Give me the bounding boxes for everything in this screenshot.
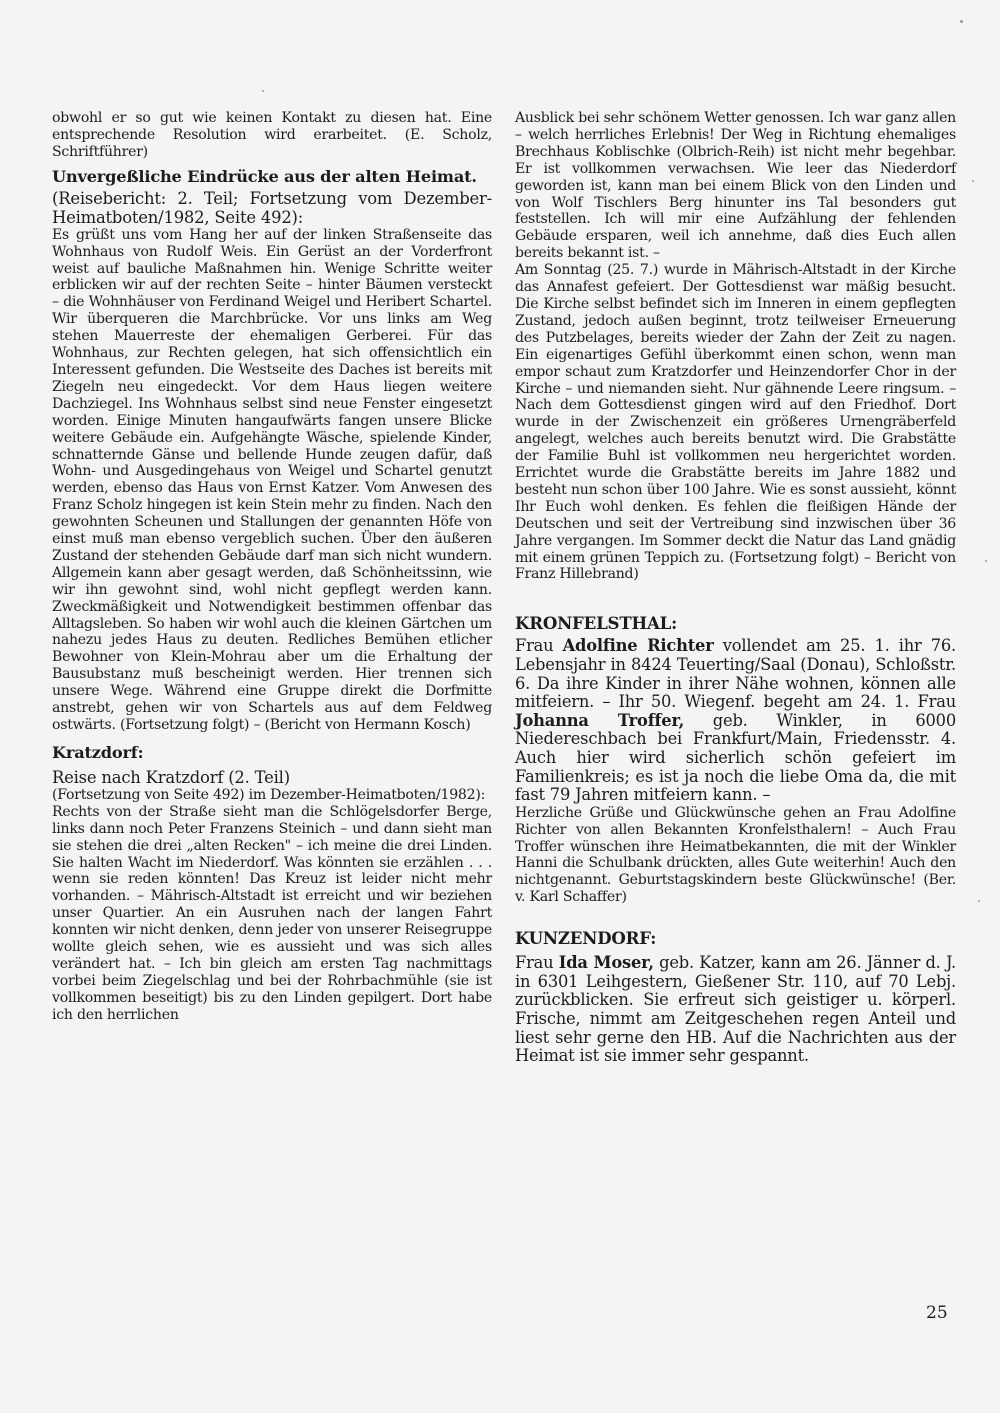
section-title-kronfelsthal: KRONFELSTHAL: (515, 613, 956, 633)
scan-speck (960, 20, 963, 23)
article-body-reisebericht: Es grüßt uns vom Hang her auf der linken… (52, 227, 492, 734)
right-column: Ausblick bei sehr schönem Wetter genosse… (515, 110, 956, 1066)
scan-speck (978, 900, 980, 902)
article-subtitle-reisebericht: (Reisebericht: 2. Teil; Fortsetzung vom … (52, 189, 492, 227)
text-run: Frau (515, 953, 559, 972)
continuation-paragraph-1: Ausblick bei sehr schönem Wetter genosse… (515, 110, 956, 262)
person-name: Adolfine Richter (563, 636, 714, 655)
intro-paragraph: obwohl er so gut wie keinen Kontakt zu d… (52, 110, 492, 161)
article-title-unvergessliche: Unvergeßliche Eindrücke aus der alten He… (52, 168, 492, 186)
section-title-kratzdorf: Kratzdorf: (52, 744, 492, 762)
left-column: obwohl er so gut wie keinen Kontakt zu d… (52, 110, 492, 1024)
article-subtitle-kratzdorf: Reise nach Kratzdorf (2. Teil) (52, 768, 492, 787)
kronfelsthal-paragraph-2: Herzliche Grüße und Glückwünsche gehen a… (515, 805, 956, 906)
kunzendorf-paragraph: Frau Ida Moser, geb. Katzer, kann am 26.… (515, 954, 956, 1066)
scan-speck (262, 90, 264, 92)
page-number: 25 (926, 1303, 948, 1323)
person-name: Johanna Troffer, (515, 711, 684, 730)
scan-speck (972, 180, 974, 182)
continuation-paragraph-2: Am Sonntag (25. 7.) wurde in Mährisch-Al… (515, 262, 956, 583)
text-run: Frau (515, 636, 563, 655)
article-note-kratzdorf: (Fortsetzung von Seite 492) im Dezember-… (52, 787, 492, 804)
section-title-kunzendorf: KUNZENDORF: (515, 928, 956, 948)
kronfelsthal-paragraph-1: Frau Adolfine Richter vollendet am 25. 1… (515, 637, 956, 804)
person-name: Ida Moser, (559, 953, 654, 972)
article-body-kratzdorf: Rechts von der Straße sieht man die Schl… (52, 804, 492, 1024)
scan-speck (985, 560, 987, 562)
